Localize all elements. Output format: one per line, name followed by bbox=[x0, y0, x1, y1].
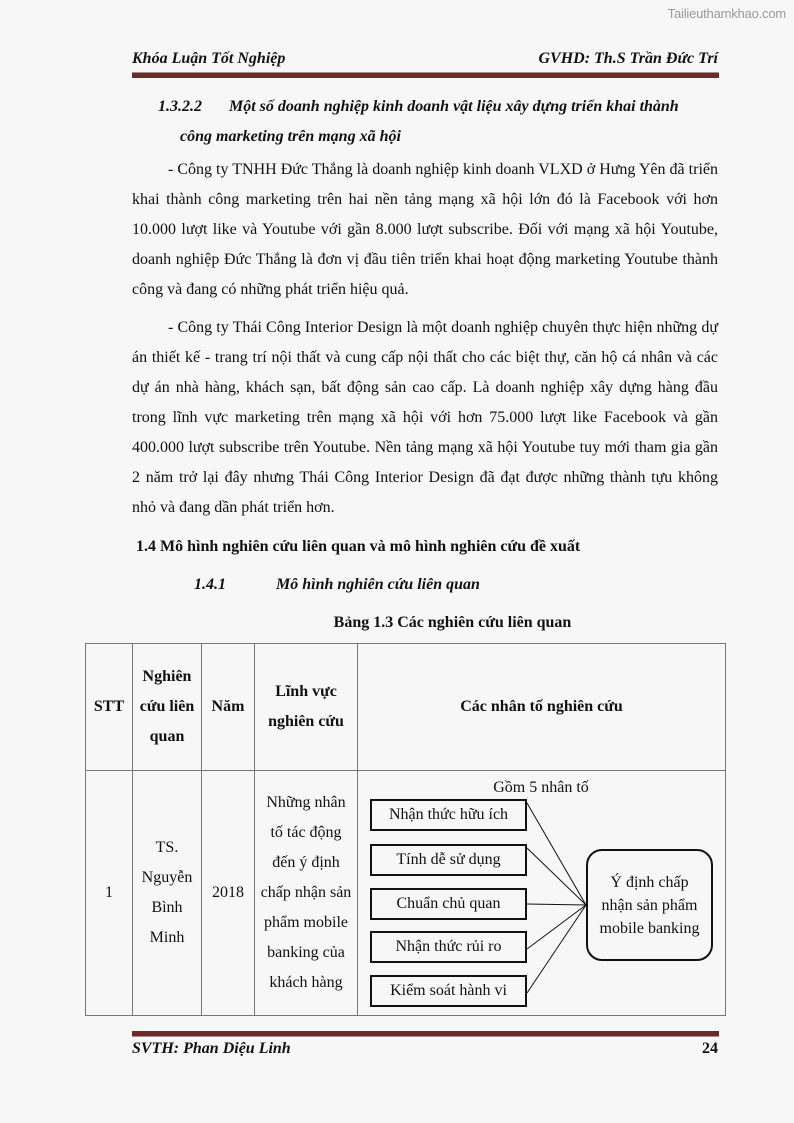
section-number: 1.4.1 bbox=[194, 570, 276, 600]
footer-rule bbox=[132, 1031, 719, 1037]
footer-student: SVTH: Phan Diệu Linh bbox=[132, 1040, 291, 1058]
cell-field: Những nhân tố tác động đến ý định chấp n… bbox=[255, 771, 358, 1016]
page-body: 1.3.2.2Một số doanh nghiệp kinh doanh vậ… bbox=[132, 92, 718, 638]
factor-box: Chuẩn chủ quan bbox=[370, 888, 527, 920]
section-number: 1.3.2.2 bbox=[158, 92, 229, 122]
col-header-year: Năm bbox=[202, 644, 255, 771]
page-footer: SVTH: Phan Diệu Linh 24 bbox=[132, 1040, 718, 1058]
section-title-line1: Một số doanh nghiệp kinh doanh vật liệu … bbox=[229, 98, 679, 115]
section-title-line2: công marketing trên mạng xã hội bbox=[158, 122, 718, 152]
cell-factors: Gồm 5 nhân tố Nhận thức hữu ích Tính dễ … bbox=[358, 771, 726, 1016]
table-caption: Bảng 1.3 Các nghiên cứu liên quan bbox=[187, 608, 718, 638]
section-heading-1-4: 1.4 Mô hình nghiên cứu liên quan và mô h… bbox=[136, 532, 718, 562]
col-header-field: Lĩnh vực nghiên cứu bbox=[255, 644, 358, 771]
factor-diagram: Gồm 5 nhân tố Nhận thức hữu ích Tính dễ … bbox=[358, 771, 724, 1015]
paragraph-duc-thang: - Công ty TNHH Đức Thắng là doanh nghiệp… bbox=[132, 155, 718, 305]
paragraph-thai-cong: - Công ty Thái Công Interior Design là m… bbox=[132, 313, 718, 523]
factor-box: Nhận thức hữu ích bbox=[370, 799, 527, 831]
header-advisor: GVHD: Th.S Trần Đức Trí bbox=[538, 50, 718, 68]
section-title: Mô hình nghiên cứu liên quan bbox=[276, 576, 480, 593]
outcome-box: Ý định chấp nhận sản phẩm mobile banking bbox=[586, 849, 713, 961]
factor-box: Tính dễ sử dụng bbox=[370, 844, 527, 876]
header-rule bbox=[132, 72, 719, 78]
col-header-study: Nghiên cứu liên quan bbox=[133, 644, 202, 771]
cell-year: 2018 bbox=[202, 771, 255, 1016]
col-header-factors: Các nhân tố nghiên cứu bbox=[358, 644, 726, 771]
header-thesis-title: Khóa Luận Tốt Nghiệp bbox=[132, 50, 285, 68]
col-header-stt: STT bbox=[86, 644, 133, 771]
page-number: 24 bbox=[702, 1040, 718, 1058]
cell-stt: 1 bbox=[86, 771, 133, 1016]
factor-box: Nhận thức rủi ro bbox=[370, 931, 527, 963]
table-row: 1 TS. Nguyễn Bình Minh 2018 Những nhân t… bbox=[86, 771, 726, 1016]
related-studies-table: STT Nghiên cứu liên quan Năm Lĩnh vực ng… bbox=[85, 643, 726, 1016]
table-header-row: STT Nghiên cứu liên quan Năm Lĩnh vực ng… bbox=[86, 644, 726, 771]
page-header: Khóa Luận Tốt Nghiệp GVHD: Th.S Trần Đức… bbox=[132, 50, 718, 68]
section-heading-1-4-1: 1.4.1Mô hình nghiên cứu liên quan bbox=[194, 570, 718, 600]
watermark: Tailieuthamkhao.com bbox=[668, 6, 786, 21]
factor-box: Kiểm soát hành vi bbox=[370, 975, 527, 1007]
section-heading-1-3-2-2: 1.3.2.2Một số doanh nghiệp kinh doanh vậ… bbox=[158, 92, 718, 152]
cell-study: TS. Nguyễn Bình Minh bbox=[133, 771, 202, 1016]
